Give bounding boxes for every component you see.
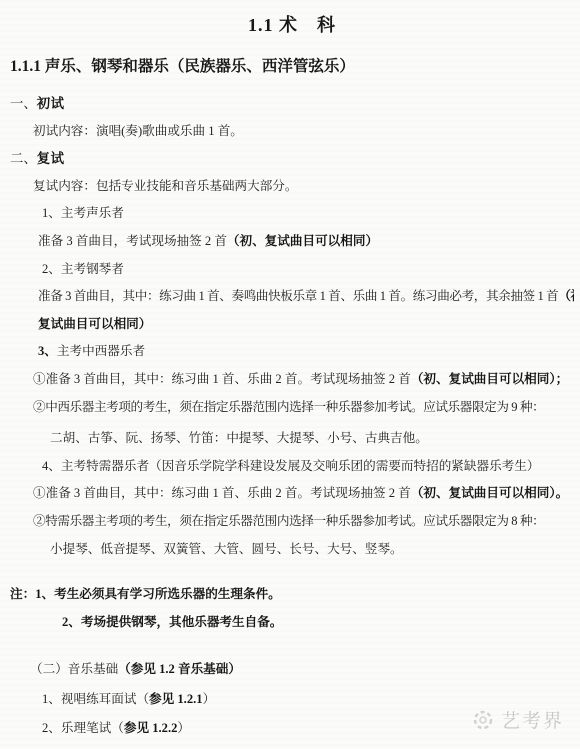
item-ref: 参见 1.2.1 (149, 692, 203, 706)
item4-point1: ①准备 3 首曲目，其中：练习曲 1 首、乐曲 2 首。考试现场抽签 2 首（初… (33, 480, 574, 508)
watermark: 艺考界 (471, 706, 564, 733)
doc-subtitle: 1.1.1 声乐、钢琴和器乐（民族器乐、西洋管弦乐） (10, 50, 574, 90)
first-round-heading: 一、初试 (10, 90, 574, 118)
heading-ref: （参见 1.2 音乐基础） (118, 662, 241, 676)
first-round-content: 初试内容：演唱(奏)歌曲或乐曲 1 首。 (33, 118, 574, 146)
item3-point1: ①准备 3 首曲目，其中：练习曲 1 首、乐曲 2 首。考试现场抽签 2 首（初… (33, 366, 574, 394)
heading-prefix: 二、 (10, 151, 37, 166)
item3-instruments: 二胡、古筝、阮、扬琴、竹笛：中提琴、大提琴、小号、古典吉他。 (50, 425, 574, 453)
point-text: ①准备 3 首曲目，其中：练习曲 1 首、乐曲 2 首。考试现场抽签 2 首 (33, 486, 411, 500)
music-basics-heading: （二）音乐基础（参见 1.2 音乐基础） (30, 656, 574, 684)
heading-text: 初试 (37, 96, 65, 111)
item-text: 2、乐理笔试 (42, 721, 111, 735)
item2-requirement-wrap: 复试曲目可以相同） (38, 311, 574, 339)
yikaojie-logo-icon (471, 708, 495, 732)
item-text: 1、视唱练耳面试 (42, 692, 136, 706)
ref-close: ） (203, 692, 216, 706)
document-page: 1.1 术 科 1.1.1 声乐、钢琴和器乐（民族器乐、西洋管弦乐） 一、初试 … (0, 0, 580, 743)
point-text: ①准备 3 首曲目，其中：练习曲 1 首、乐曲 2 首。考试现场抽签 2 首 (33, 372, 411, 386)
note-text: 注：1、考生必须具有学习所选乐器的生理条件。 (10, 587, 281, 601)
heading-text: 主考中西器乐者 (57, 344, 145, 358)
heading-text: （二）音乐基础 (30, 662, 118, 676)
notes-line-2: 2、考场提供钢琴，其他乐器考生自备。 (62, 609, 574, 637)
ref-open: （ (111, 721, 124, 735)
watermark-label: 艺考界 (501, 706, 564, 733)
item2-heading: 2、主考钢琴者 (42, 256, 574, 284)
item4-heading: 4、主考特需器乐者（因音乐学院学科建设发展及交响乐团的需要而特招的紧缺器乐考生） (42, 453, 574, 481)
ref-open: （ (136, 692, 149, 706)
point-note: （初、复试曲目可以相同）； (411, 372, 568, 386)
notes-line-1: 注：1、考生必须具有学习所选乐器的生理条件。 (10, 581, 574, 609)
item4-instruments: 小提琴、低音提琴、双簧管、大管、圆号、长号、大号、竖琴。 (50, 536, 574, 564)
item3-point2: ②中西乐器主考项的考生，须在指定乐器范围内选择一种乐器参加考试。应试乐器限定为 … (33, 394, 574, 422)
requirement-text: 准备 3 首曲目，其中：练习曲 1 首、奏鸣曲快板乐章 1 首、乐曲 1 首。练… (38, 289, 558, 303)
item1-requirement: 准备 3 首曲目，考试现场抽签 2 首（初、复试曲目可以相同） (38, 228, 574, 256)
doc-title: 1.1 术 科 (10, 8, 574, 50)
item-number: 3、 (38, 344, 57, 358)
ref-close: ） (177, 721, 190, 735)
requirement-text: 准备 3 首曲目，考试现场抽签 2 首 (38, 234, 227, 248)
heading-prefix: 一、 (10, 96, 37, 111)
second-round-content: 复试内容：包括专业技能和音乐基础两大部分。 (33, 173, 574, 201)
point-note: （初、复试曲目可以相同）。 (411, 486, 568, 500)
item2-requirement: 准备 3 首曲目，其中：练习曲 1 首、奏鸣曲快板乐章 1 首、乐曲 1 首。练… (38, 283, 574, 311)
heading-text: 复试 (37, 151, 65, 166)
item3-heading: 3、主考中西器乐者 (38, 338, 574, 366)
item4-point2: ②特需乐器主考项的考生，须在指定乐器范围内选择一种乐器参加考试。应试乐器限定为 … (33, 508, 574, 536)
requirement-note-start: （初、 (558, 289, 574, 303)
requirement-note: （初、复试曲目可以相同） (227, 234, 378, 248)
requirement-note-end: 复试曲目可以相同） (38, 317, 151, 331)
note-text: 2、考场提供钢琴，其他乐器考生自备。 (62, 615, 282, 629)
item1-heading: 1、主考声乐者 (42, 200, 574, 228)
item-ref: 参见 1.2.2 (124, 721, 178, 735)
second-round-heading: 二、复试 (10, 145, 574, 173)
